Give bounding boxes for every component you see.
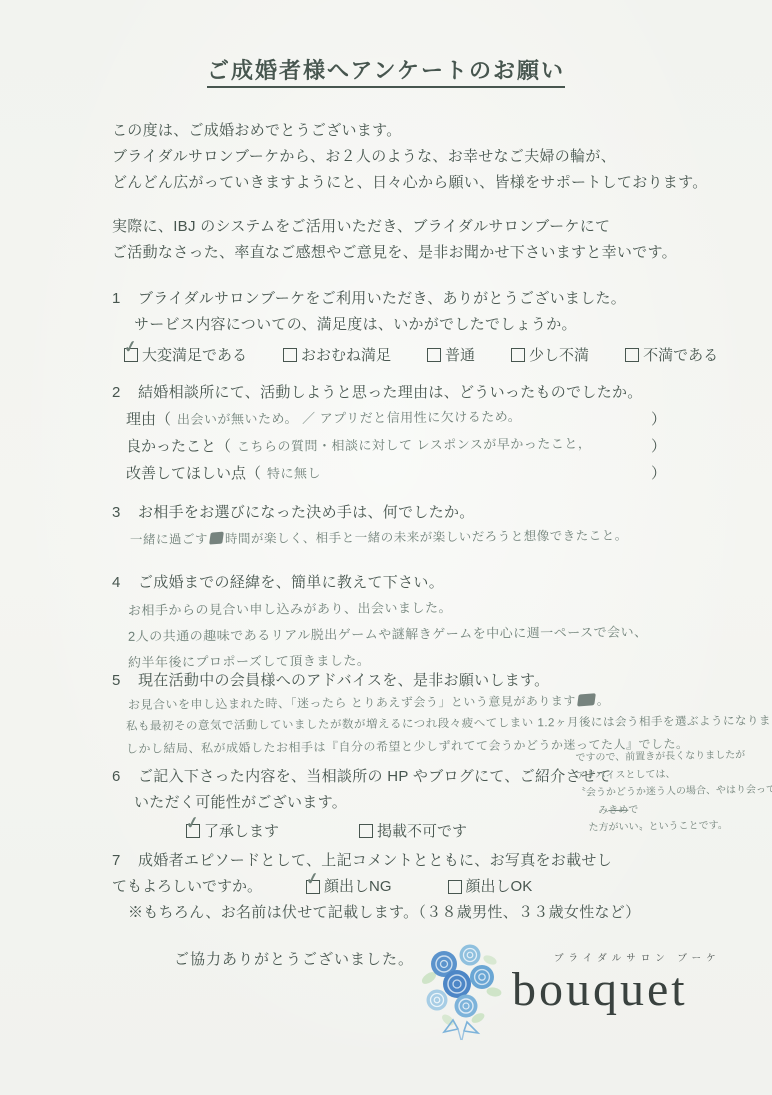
q1-option-label: 大変満足である [142,344,247,365]
q5-answer1-part1: お見合いを申し込まれた時、「迷ったら とりあえず会う」という意見があります [128,694,576,712]
margin-note-line3: 〝会うかどうか迷う人の場合、やはり会って [576,781,772,802]
q6-option-no-publish: 掲載不可です [359,820,467,841]
q4-text-line1: 4ご成婚までの経緯を、簡単に教えて下さい。 [112,570,758,596]
scribble-mark [209,532,224,545]
q1-option-neutral: 普通 [427,344,475,365]
intro2-line1: 実際に、IBJ のシステムをご活用いただき、ブライダルサロンブーケにて [112,214,758,240]
checkbox-checked-icon: ✓ [124,348,138,362]
question-1: 1ブライダルサロンブーケをご利用いただき、ありがとうございました。 サービス内容… [112,286,758,365]
q6-option-label: 了承します [204,820,279,841]
page-title: ご成婚者様へアンケートのお願い [0,54,772,85]
q3-answer-part2: 時間が楽しく、相手と一緒の未来が楽しいだろうと想像できたこと。 [225,528,628,546]
margin-note-line4-part2: で [628,804,638,815]
q1-option-slightly-dissatisfied: 少し不満 [511,344,589,365]
check-icon: ✓ [185,814,201,832]
q5-line1-text: 現在活動中の会員様へのアドバイスを、是非お願いします。 [138,672,549,689]
logo-text-block: ブライダルサロン ブーケ bouquet [512,936,721,1014]
q1-option-label: 不満である [643,344,718,365]
checkbox-checked-icon: ✓ [306,880,320,894]
q5-number: 5 [112,668,138,694]
check-icon: ✓ [305,871,321,889]
intro1-line3: どんどん広がっていきますようにと、日々心から願い、皆様をサポートしております。 [112,170,758,196]
q3-answer-handwriting: 一緒に過ごす時間が楽しく、相手と一緒の未来が楽しいだろうと想像できたこと。 [112,524,758,548]
q1-option-very-satisfied: ✓ 大変満足である [124,344,247,365]
intro2-line2: ご活動なさった、率直なご感想やご意見を、是非お聞かせ下さいますと幸いです。 [112,240,758,266]
checkbox-icon [427,348,441,362]
rose-bouquet-icon [420,936,504,1046]
q1-option-label: 少し不満 [529,344,589,365]
q6-number: 6 [112,764,138,790]
checkbox-icon [625,348,639,362]
footer-thanks-text: ご協力ありがとうございました。 [174,948,414,969]
logo-name-text: bouquet [512,966,721,1014]
q7-option-face-ok: 顔出しOK [448,874,533,900]
check-icon: ✓ [123,338,139,356]
struck-out-text: きめ [608,804,628,815]
question-2: 2結婚相談所にて、活動しようと思った理由は、どういったものでしたか。 理由（ 出… [112,380,758,487]
scribble-mark [577,693,596,706]
page-title-text: ご成婚者様へアンケートのお願い [207,58,565,88]
q2-good-answer-handwriting: こちらの質問・相談に対して レスポンスが早かったこと， [231,429,651,460]
q1-text-line1: 1ブライダルサロンブーケをご利用いただき、ありがとうございました。 [112,286,758,312]
question-4: 4ご成婚までの経緯を、簡単に教えて下さい。 お相手からの見合い申し込みがあり、出… [112,570,758,676]
q5-answer1-part2: 。 [597,694,610,708]
q2-row-improvements: 改善してほしい点（ 特に無し ） [112,460,666,487]
q1-number: 1 [112,286,138,312]
q7-text-line1: 7成婚者エピソードとして、上記コメントとともに、お写真をお載せし [112,848,758,874]
q1-options-row: ✓ 大変満足である おおむね満足 普通 少し不満 不満である [112,344,758,365]
intro-paragraph-1: この度は、ご成婚おめでとうございます。 ブライダルサロンブーケから、お２人のよう… [112,118,758,196]
q6-option-consent: ✓ 了承します [186,820,279,841]
question-6: 6ご記入下さった内容を、当相談所の HP やブログにて、ご紹介させて いただく可… [112,764,582,841]
q7-line2-with-options: てもよろしいですか。 ✓ 顔出しNG 顔出しOK [112,874,758,900]
intro-paragraph-2: 実際に、IBJ のシステムをご活用いただき、ブライダルサロンブーケにて ご活動な… [112,214,758,266]
checkbox-icon [448,880,462,894]
q2-number: 2 [112,380,138,406]
checkbox-icon [511,348,525,362]
q2-row-good-points: 良かったこと（ こちらの質問・相談に対して レスポンスが早かったこと， ） [112,433,666,460]
q2-improve-label: 改善してほしい点（ [126,460,261,487]
question-7: 7成婚者エピソードとして、上記コメントとともに、お写真をお載せし てもよろしいで… [112,848,758,926]
q2-good-close-paren: ） [651,433,666,460]
q2-reason-close-paren: ） [651,406,666,433]
q3-line1-text: お相手をお選びになった決め手は、何でしたか。 [138,504,475,521]
logo-kana-text: ブライダルサロン ブーケ [554,950,721,964]
q6-option-label: 掲載不可です [377,820,467,841]
scanned-questionnaire-page: ご成婚者様へアンケートのお願い この度は、ご成婚おめでとうございます。 ブライダ… [0,0,772,1095]
q3-number: 3 [112,500,138,526]
checkbox-icon [283,348,297,362]
q6-text-line2: いただく可能性がございます。 [112,790,582,816]
margin-note-line1: ですので、前置きが長くなりましたが [575,746,771,767]
q2-reason-label: 理由（ [126,406,171,433]
margin-note-handwriting: ですので、前置きが長くなりましたが アドバイスとしては、 〝会うかどうか迷う人の… [575,746,772,837]
q6-text-line1: 6ご記入下さった内容を、当相談所の HP やブログにて、ご紹介させて [112,764,582,790]
intro1-line1: この度は、ご成婚おめでとうございます。 [112,118,758,144]
q6-line1-text: ご記入下さった内容を、当相談所の HP やブログにて、ご紹介させて [138,768,612,785]
q4-number: 4 [112,570,138,596]
q2-reason-answer-handwriting: 出会いが無いため。 ／ アプリだと信用性に欠けるため。 [171,402,651,433]
q7-option-label: 顔出しOK [466,874,533,900]
question-3: 3お相手をお選びになった決め手は、何でしたか。 一緒に過ごす時間が楽しく、相手と… [112,500,758,548]
q7-option-no-face: ✓ 顔出しNG [306,874,392,900]
q3-text-line1: 3お相手をお選びになった決め手は、何でしたか。 [112,500,758,526]
q2-text-line1: 2結婚相談所にて、活動しようと思った理由は、どういったものでしたか。 [112,380,758,406]
q7-note: ※もちろん、お名前は伏せて記載します。（３８歳男性、３３歳女性など） [112,900,758,926]
bouquet-logo: ブライダルサロン ブーケ bouquet [420,936,721,1046]
checkbox-icon [359,824,373,838]
question-5: 5現在活動中の会員様へのアドバイスを、是非お願いします。 お見合いを申し込まれた… [112,668,758,760]
q7-line1-text: 成婚者エピソードとして、上記コメントとともに、お写真をお載せし [138,852,612,869]
q1-option-label: おおむね満足 [301,344,391,365]
q7-line2-text: てもよろしいですか。 [112,874,262,900]
q7-number: 7 [112,848,138,874]
q4-line1-text: ご成婚までの経緯を、簡単に教えて下さい。 [138,574,444,591]
q2-improve-close-paren: ） [651,460,666,487]
intro1-line2: ブライダルサロンブーケから、お２人のような、お幸せなご夫婦の輪が、 [112,144,758,170]
q1-option-mostly-satisfied: おおむね満足 [283,344,391,365]
q1-line1-text: ブライダルサロンブーケをご利用いただき、ありがとうございました。 [138,290,626,307]
q2-improve-answer-handwriting: 特に無し [261,457,651,487]
q3-answer-part1: 一緒に過ごす [130,532,208,547]
rose-flowers [427,945,495,1018]
q2-line1-text: 結婚相談所にて、活動しようと思った理由は、どういったものでしたか。 [138,384,643,401]
margin-note-line4-part1: み [598,805,608,816]
q7-option-label: 顔出しNG [324,874,392,900]
q6-options-row: ✓ 了承します 掲載不可です [112,820,582,841]
q1-option-label: 普通 [445,344,475,365]
q2-good-label: 良かったこと（ [126,433,231,460]
checkbox-checked-icon: ✓ [186,824,200,838]
margin-note-line5: た方がいい〟ということです。 [576,816,772,837]
q1-text-line2: サービス内容についての、満足度は、いかがでしたでしょうか。 [112,312,758,338]
q1-option-dissatisfied: 不満である [625,344,718,365]
